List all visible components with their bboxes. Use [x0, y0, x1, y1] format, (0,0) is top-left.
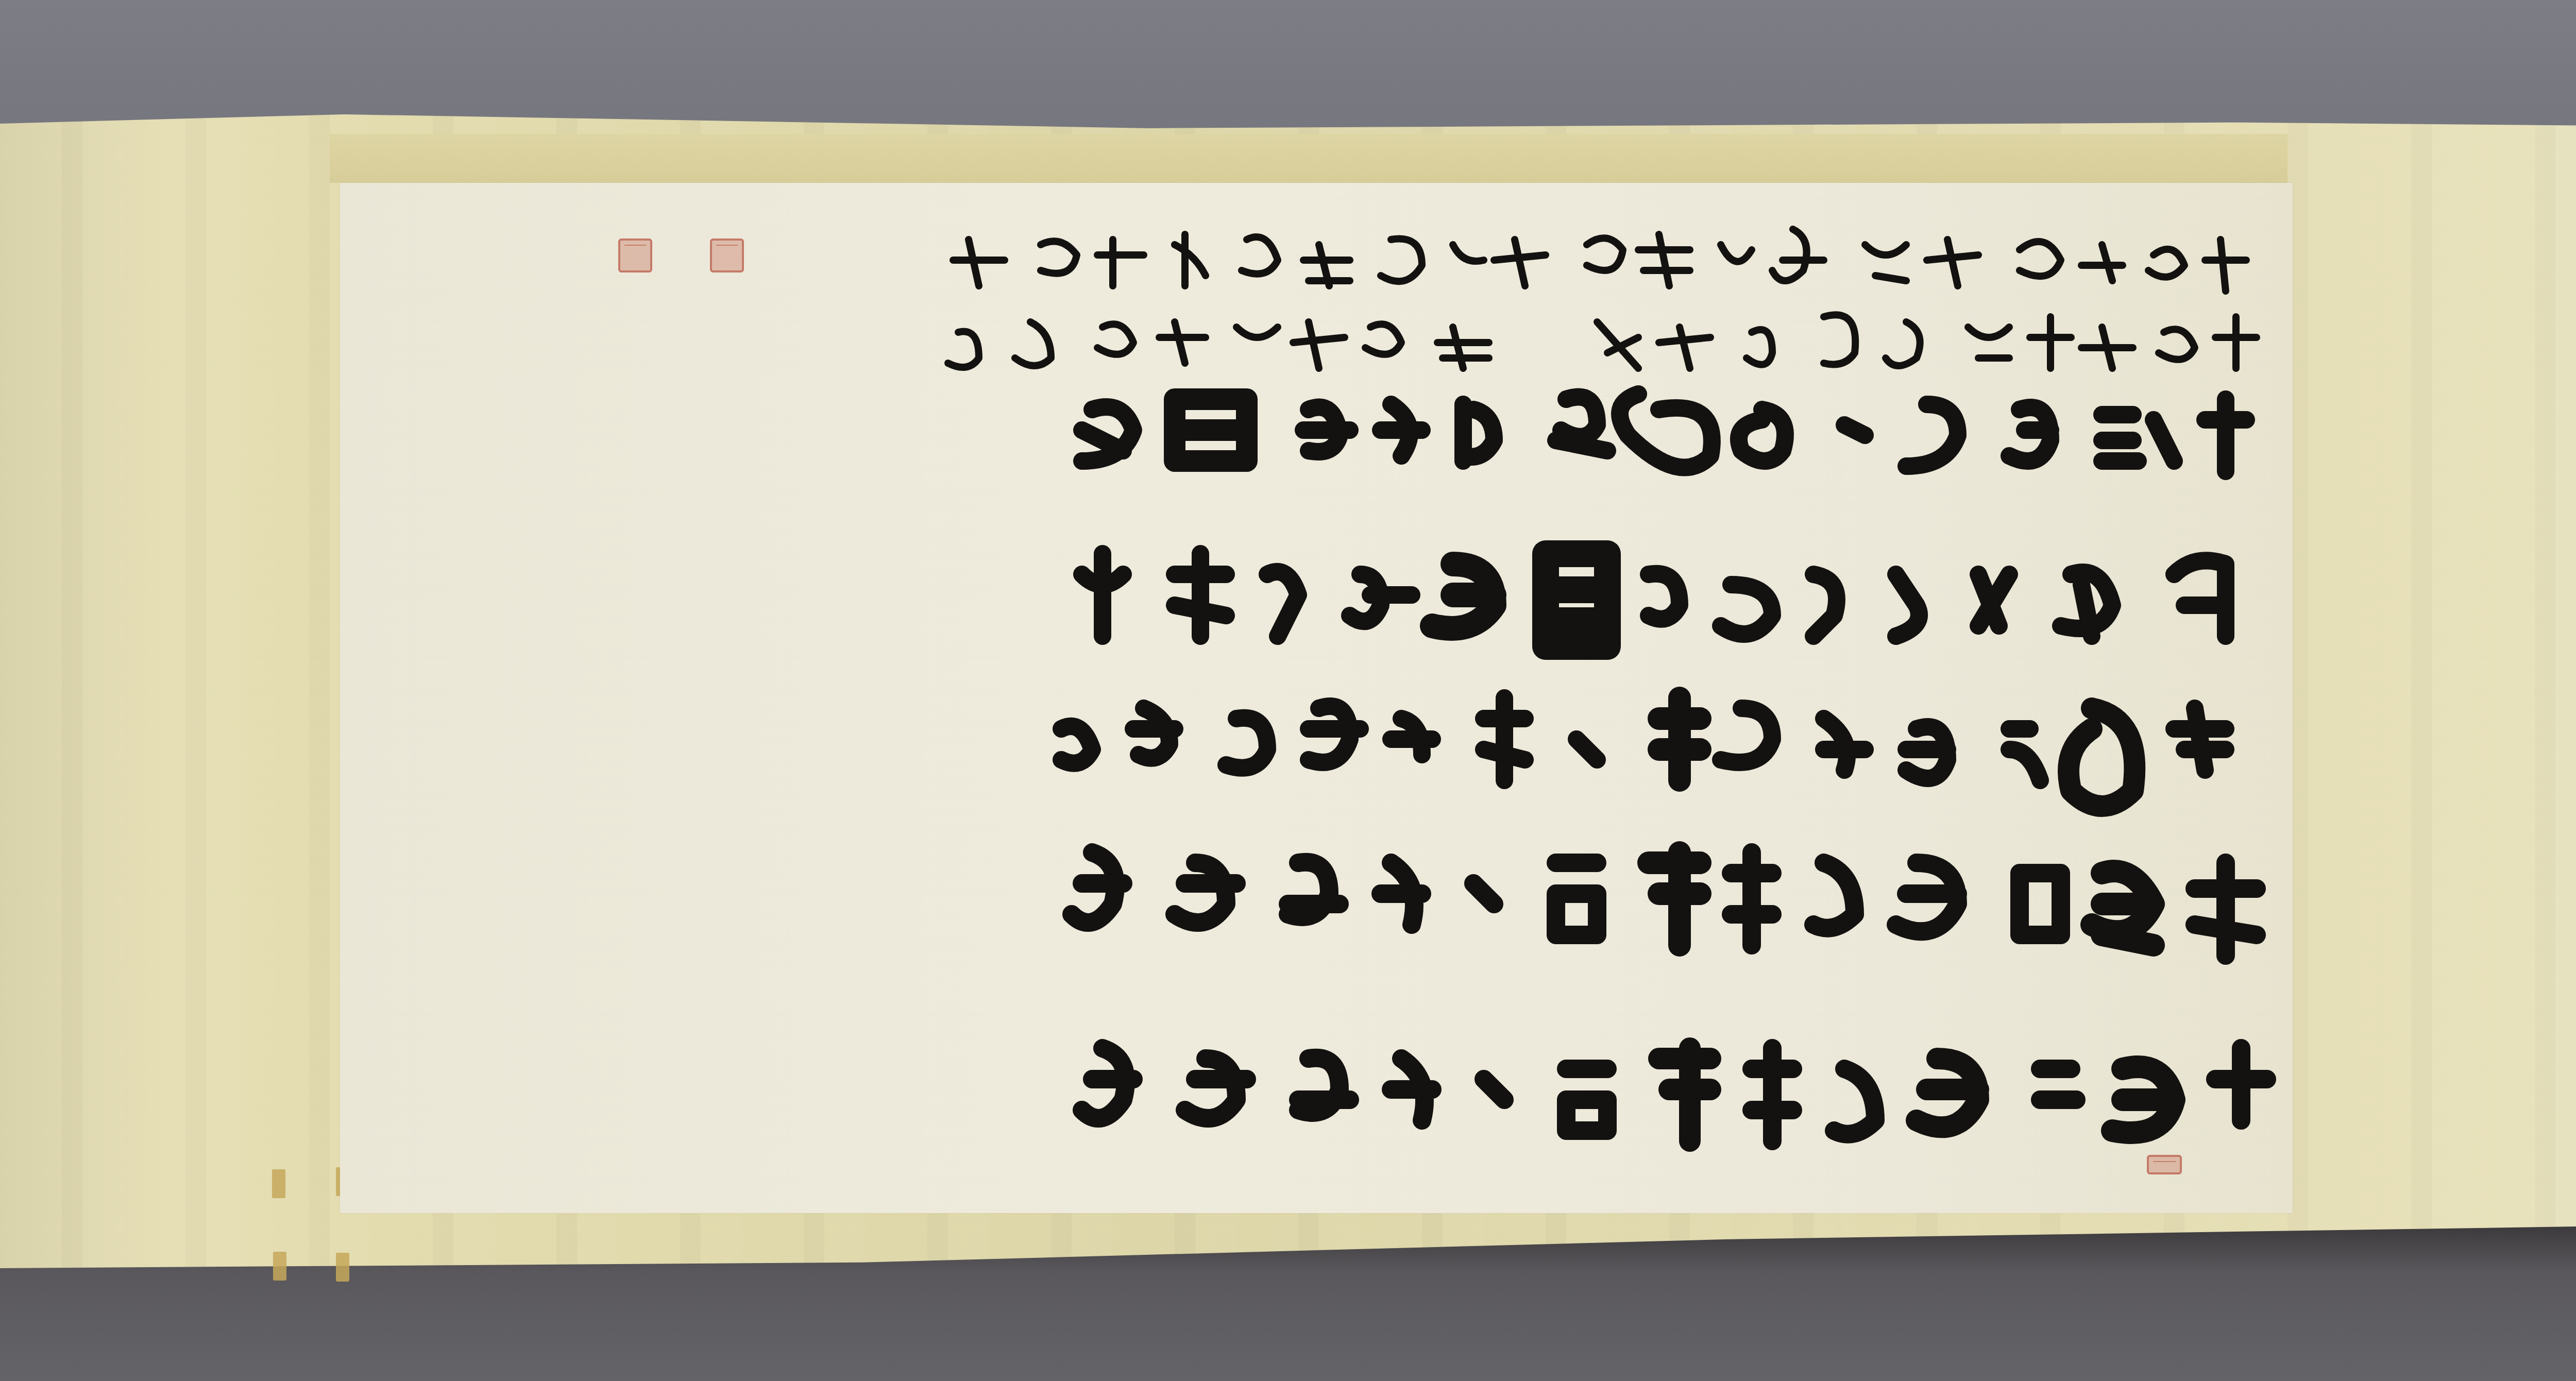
scroll-upper-border-band: [330, 134, 2287, 183]
calligraphy-paper: [340, 183, 2293, 1213]
seal-signature-1: [618, 238, 652, 272]
tape-mark: [336, 1253, 349, 1282]
tape-mark: [273, 1252, 286, 1281]
calligraphy-ink: [340, 183, 2293, 1213]
main-column-2: [1082, 554, 2226, 646]
tape-mark: [272, 1169, 285, 1198]
inscription-line-2: [948, 315, 2257, 368]
main-column-3: [1061, 698, 2226, 806]
main-column-1: [1082, 394, 2246, 471]
main-column-4: [1072, 853, 2267, 1141]
seal-lead: [2147, 1155, 2182, 1174]
seal-signature-2: [710, 238, 744, 272]
inscription-line-1: [953, 229, 2246, 291]
